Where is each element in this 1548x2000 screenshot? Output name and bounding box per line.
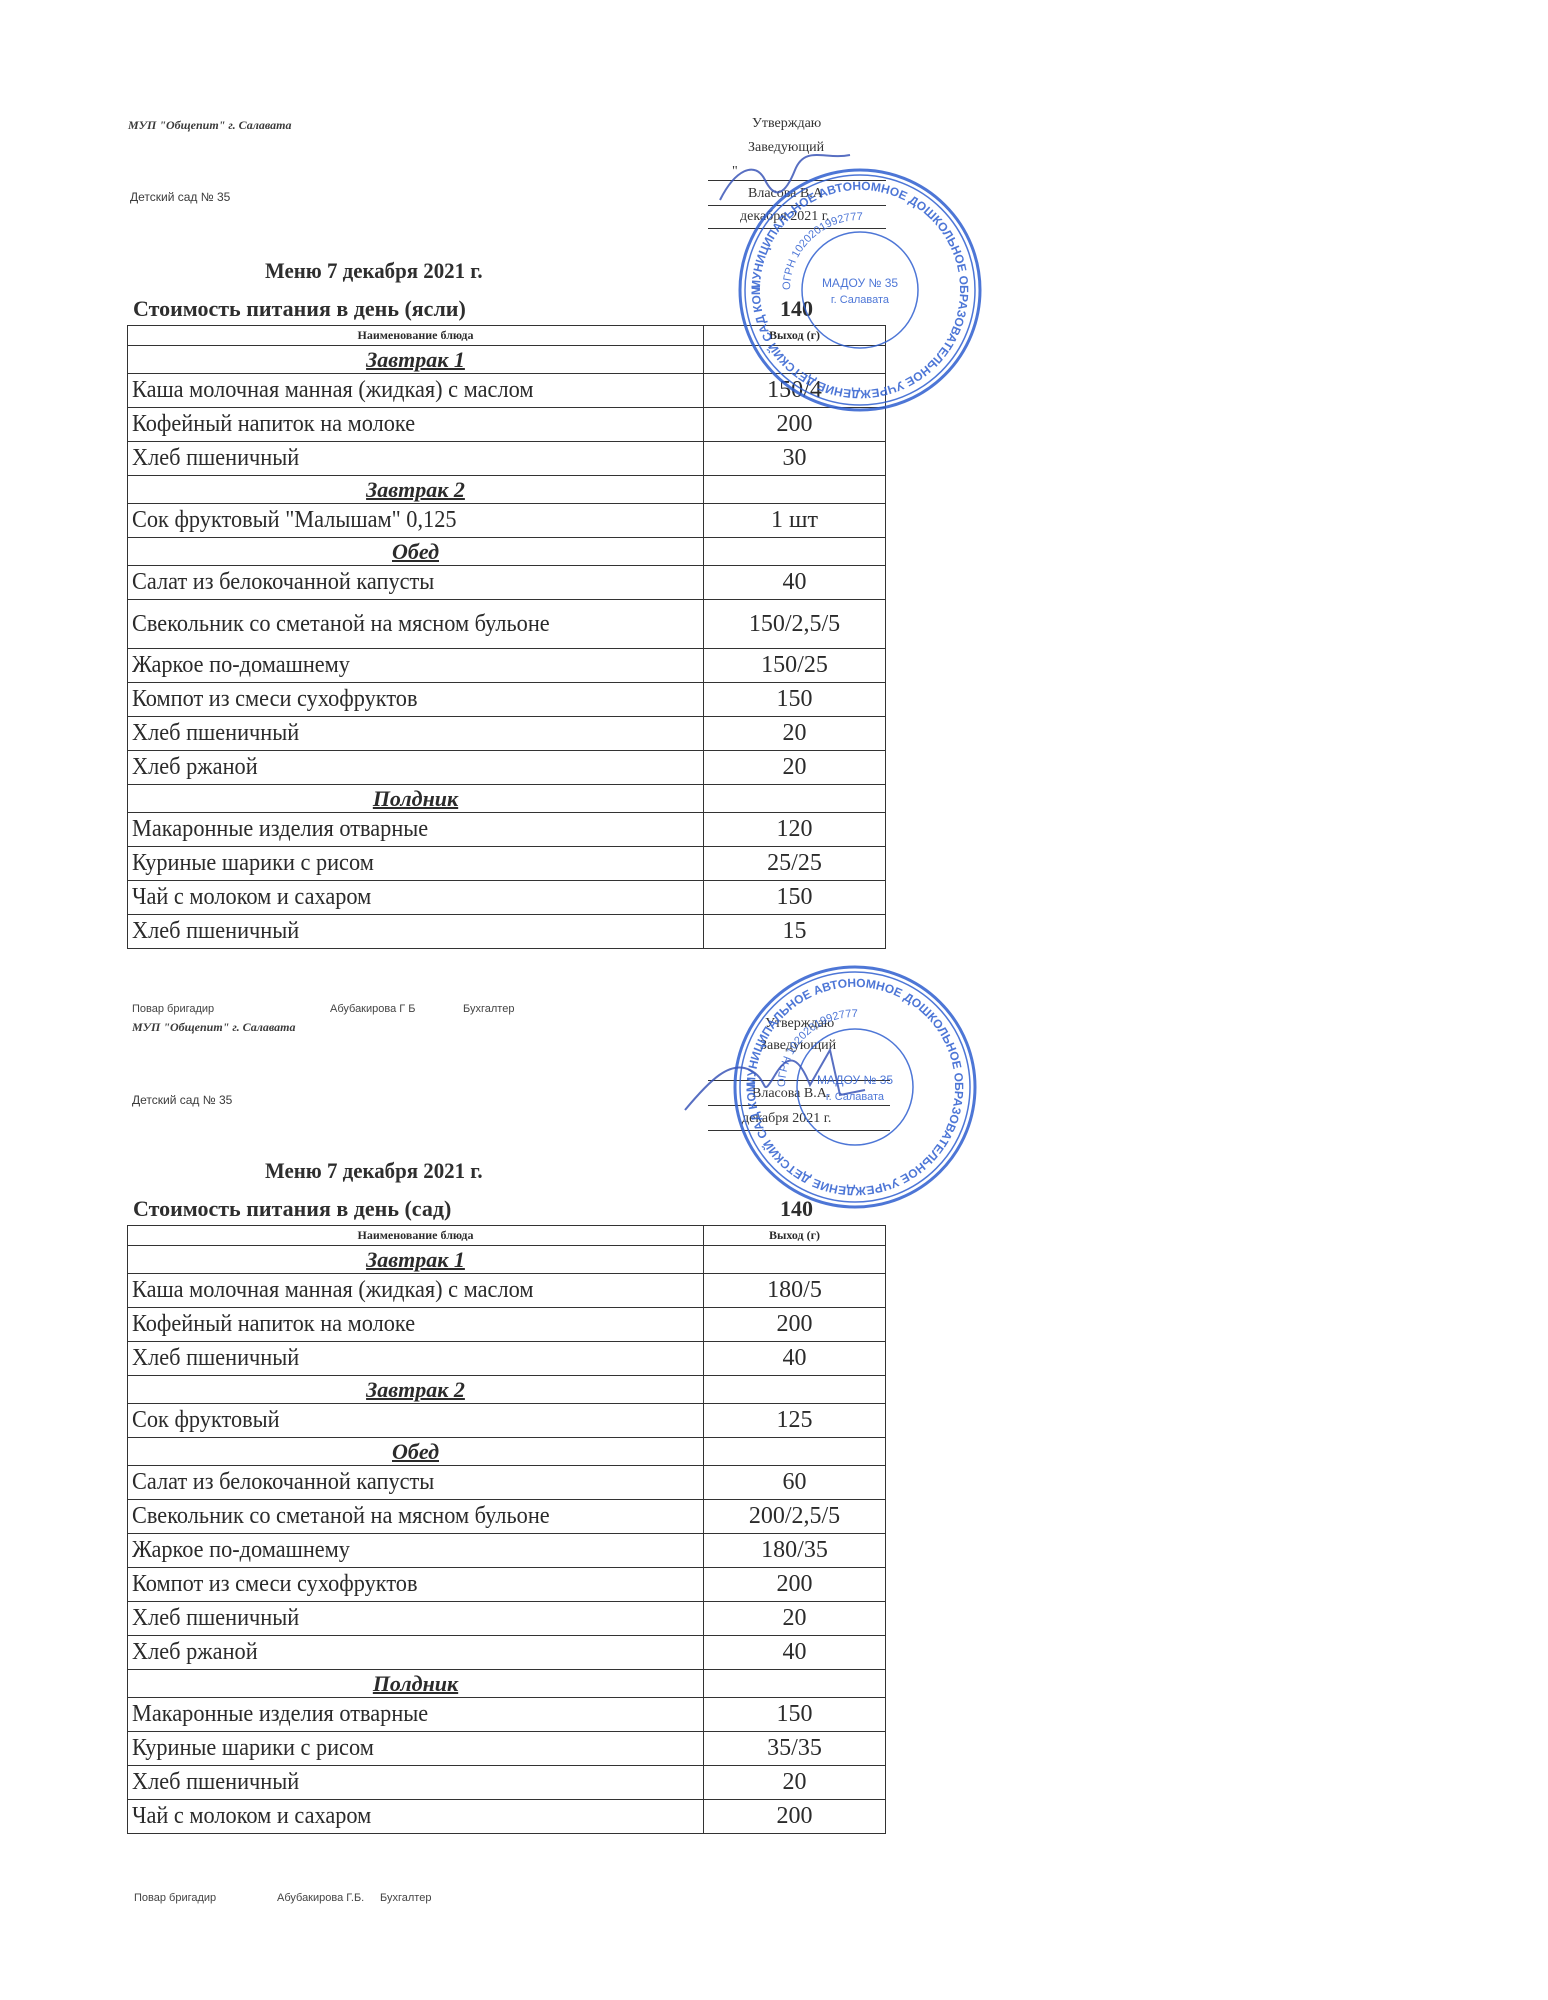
table-row: Хлеб ржаной20 — [128, 751, 886, 785]
dish-name: Макаронные изделия отварные — [132, 816, 428, 843]
meal-section-row: Обед — [128, 1438, 886, 1466]
meal-section-title: Завтрак 2 — [366, 1377, 465, 1402]
table-row: Компот из смеси сухофруктов200 — [128, 1568, 886, 1602]
meal-section-row: Обед — [128, 538, 886, 566]
organization-name: МУП "Общепит" г. Салавата — [132, 1020, 295, 1035]
dish-yield: 15 — [704, 915, 886, 949]
cost-value: 140 — [780, 1196, 813, 1222]
dish-yield: 60 — [704, 1466, 886, 1500]
dish-name: Свекольник со сметаной на мясном бульоне — [132, 611, 550, 638]
dish-yield: 20 — [704, 751, 886, 785]
dish-yield: 1 шт — [704, 504, 886, 538]
dish-yield: 150 — [704, 683, 886, 717]
table-row: Макаронные изделия отварные150 — [128, 1698, 886, 1732]
column-header-yield: Выход (г) — [704, 1226, 886, 1246]
svg-text:г. Салавата: г. Салавата — [831, 294, 890, 306]
table-row: Хлеб пшеничный30 — [128, 442, 886, 476]
table-row: Каша молочная манная (жидкая) с маслом15… — [128, 374, 886, 408]
dish-name: Кофейный напиток на молоке — [132, 411, 415, 438]
kindergarten-name: Детский сад № 35 — [130, 190, 230, 204]
dish-name: Хлеб ржаной — [132, 1639, 258, 1666]
table-row: Свекольник со сметаной на мясном бульоне… — [128, 600, 886, 649]
cook-name: Абубакирова Г.Б. — [277, 1892, 364, 1904]
table-row: Хлеб пшеничный20 — [128, 1602, 886, 1636]
table-row: Чай с молоком и сахаром150 — [128, 881, 886, 915]
approval-date: декабря 2021 г. — [740, 209, 829, 225]
meal-section-title: Полдник — [373, 786, 458, 811]
meal-section-row: Завтрак 2 — [128, 476, 886, 504]
name-line — [708, 205, 886, 206]
dish-name: Хлеб пшеничный — [132, 918, 299, 945]
dish-yield: 200 — [704, 1568, 886, 1602]
dish-yield: 20 — [704, 1602, 886, 1636]
table-row: Жаркое по-домашнему180/35 — [128, 1534, 886, 1568]
meal-section-title: Завтрак 1 — [366, 347, 465, 372]
approval-name: Власова В.А. — [752, 1086, 830, 1102]
table-header-row: Наименование блюдаВыход (г) — [128, 326, 886, 346]
table-row: Куриные шарики с рисом35/35 — [128, 1732, 886, 1766]
dish-name: Хлеб пшеничный — [132, 445, 299, 472]
meal-section-title: Обед — [392, 539, 439, 564]
dish-name: Свекольник со сметаной на мясном бульоне — [132, 1503, 550, 1530]
table-row: Каша молочная манная (жидкая) с маслом18… — [128, 1274, 886, 1308]
table-row: Сок фруктовый125 — [128, 1404, 886, 1438]
table-row: Салат из белокочанной капусты40 — [128, 566, 886, 600]
dish-yield: 25/25 — [704, 847, 886, 881]
dish-name: Каша молочная манная (жидкая) с маслом — [132, 1277, 533, 1304]
menu-table: Наименование блюдаВыход (г)Завтрак 1Каша… — [127, 1225, 886, 1834]
table-row: Хлеб пшеничный20 — [128, 717, 886, 751]
table-row: Хлеб пшеничный15 — [128, 915, 886, 949]
dish-name: Кофейный напиток на молоке — [132, 1311, 415, 1338]
cost-label: Стоимость питания в день (сад) — [133, 1196, 451, 1222]
dish-yield: 30 — [704, 442, 886, 476]
kindergarten-name: Детский сад № 35 — [132, 1093, 232, 1107]
dish-yield: 200/2,5/5 — [704, 1500, 886, 1534]
table-row: Хлеб ржаной40 — [128, 1636, 886, 1670]
menu-title: Меню 7 декабря 2021 г. — [265, 258, 483, 284]
dish-name: Куриные шарики с рисом — [132, 850, 374, 877]
meal-section-row: Завтрак 1 — [128, 1246, 886, 1274]
accountant-label: Бухгалтер — [380, 1892, 431, 1904]
meal-section-title: Полдник — [373, 1671, 458, 1696]
table-row: Свекольник со сметаной на мясном бульоне… — [128, 1500, 886, 1534]
dish-yield: 120 — [704, 813, 886, 847]
meal-section-row: Полдник — [128, 785, 886, 813]
menu-title: Меню 7 декабря 2021 г. — [265, 1158, 483, 1184]
dish-name: Салат из белокочанной капусты — [132, 569, 434, 596]
table-row: Сок фруктовый "Малышам" 0,1251 шт — [128, 504, 886, 538]
table-row: Куриные шарики с рисом25/25 — [128, 847, 886, 881]
dish-yield: 150/2,5/5 — [704, 600, 886, 649]
dish-name: Куриные шарики с рисом — [132, 1735, 374, 1762]
approval-label: Утверждаю — [752, 116, 821, 132]
table-row: Компот из смеси сухофруктов150 — [128, 683, 886, 717]
approval-name: Власова В.А — [748, 186, 823, 202]
dish-name: Компот из смеси сухофруктов — [132, 1571, 417, 1598]
svg-text:МАДОУ № 35: МАДОУ № 35 — [822, 276, 898, 290]
table-row: Хлеб пшеничный40 — [128, 1342, 886, 1376]
dish-yield: 200 — [704, 408, 886, 442]
approval-label: Утверждаю — [765, 1016, 834, 1032]
approval-quote: " — [732, 164, 738, 180]
dish-name: Компот из смеси сухофруктов — [132, 686, 417, 713]
dish-yield: 180/5 — [704, 1274, 886, 1308]
dish-yield: 200 — [704, 1308, 886, 1342]
dish-yield: 150 — [704, 1698, 886, 1732]
name-line — [708, 1105, 890, 1106]
dish-name: Жаркое по-домашнему — [132, 652, 350, 679]
dish-name: Чай с молоком и сахаром — [132, 1803, 371, 1830]
dish-yield: 180/35 — [704, 1534, 886, 1568]
meal-section-title: Обед — [392, 1439, 439, 1464]
column-header-dish: Наименование блюда — [128, 326, 704, 346]
dish-name: Жаркое по-домашнему — [132, 1537, 350, 1564]
approval-date: декабря 2021 г. — [742, 1111, 831, 1127]
accountant-label: Бухгалтер — [463, 1003, 514, 1015]
dish-name: Хлеб пшеничный — [132, 1769, 299, 1796]
approval-position: Заведующий — [748, 140, 824, 156]
dish-yield: 40 — [704, 1342, 886, 1376]
dish-name: Хлеб пшеничный — [132, 1605, 299, 1632]
dish-name: Хлеб пшеничный — [132, 720, 299, 747]
meal-section-row: Завтрак 2 — [128, 1376, 886, 1404]
svg-text:г. Салавата: г. Салавата — [826, 1091, 885, 1103]
meal-section-title: Завтрак 2 — [366, 477, 465, 502]
dish-name: Салат из белокочанной капусты — [132, 1469, 434, 1496]
table-row: Салат из белокочанной капусты60 — [128, 1466, 886, 1500]
cook-label: Повар бригадир — [134, 1892, 216, 1904]
table-row: Макаронные изделия отварные120 — [128, 813, 886, 847]
column-header-yield: Выход (г) — [704, 326, 886, 346]
dish-name: Чай с молоком и сахаром — [132, 884, 371, 911]
dish-yield: 125 — [704, 1404, 886, 1438]
dish-yield: 40 — [704, 566, 886, 600]
cost-value: 140 — [780, 296, 813, 322]
table-row: Кофейный напиток на молоке200 — [128, 408, 886, 442]
dish-name: Макаронные изделия отварные — [132, 1701, 428, 1728]
meal-section-row: Полдник — [128, 1670, 886, 1698]
meal-section-title: Завтрак 1 — [366, 1247, 465, 1272]
dish-name: Каша молочная манная (жидкая) с маслом — [132, 377, 533, 404]
dish-yield: 200 — [704, 1800, 886, 1834]
date-line — [708, 1130, 890, 1131]
menu-table: Наименование блюдаВыход (г)Завтрак 1Каша… — [127, 325, 886, 949]
dish-yield: 150/4 — [704, 374, 886, 408]
table-row: Жаркое по-домашнему150/25 — [128, 649, 886, 683]
organization-name: МУП "Общепит" г. Салавата — [128, 118, 291, 133]
column-header-dish: Наименование блюда — [128, 1226, 704, 1246]
signature-line — [708, 1080, 890, 1081]
table-row: Чай с молоком и сахаром200 — [128, 1800, 886, 1834]
dish-name: Сок фруктовый "Малышам" 0,125 — [132, 507, 457, 534]
dish-yield: 20 — [704, 717, 886, 751]
dish-yield: 35/35 — [704, 1732, 886, 1766]
table-row: Кофейный напиток на молоке200 — [128, 1308, 886, 1342]
table-header-row: Наименование блюдаВыход (г) — [128, 1226, 886, 1246]
dish-yield: 40 — [704, 1636, 886, 1670]
signature-line — [708, 180, 886, 181]
table-row: Хлеб пшеничный20 — [128, 1766, 886, 1800]
dish-name: Хлеб ржаной — [132, 754, 258, 781]
dish-yield: 150 — [704, 881, 886, 915]
dish-yield: 20 — [704, 1766, 886, 1800]
dish-name: Хлеб пшеничный — [132, 1345, 299, 1372]
approval-position: Заведующий — [760, 1038, 836, 1054]
meal-section-row: Завтрак 1 — [128, 346, 886, 374]
dish-yield: 150/25 — [704, 649, 886, 683]
cook-name: Абубакирова Г Б — [330, 1003, 416, 1015]
cost-label: Стоимость питания в день (ясли) — [133, 296, 466, 322]
dish-name: Сок фруктовый — [132, 1407, 280, 1434]
date-line — [708, 228, 886, 229]
cook-label: Повар бригадир — [132, 1003, 214, 1015]
